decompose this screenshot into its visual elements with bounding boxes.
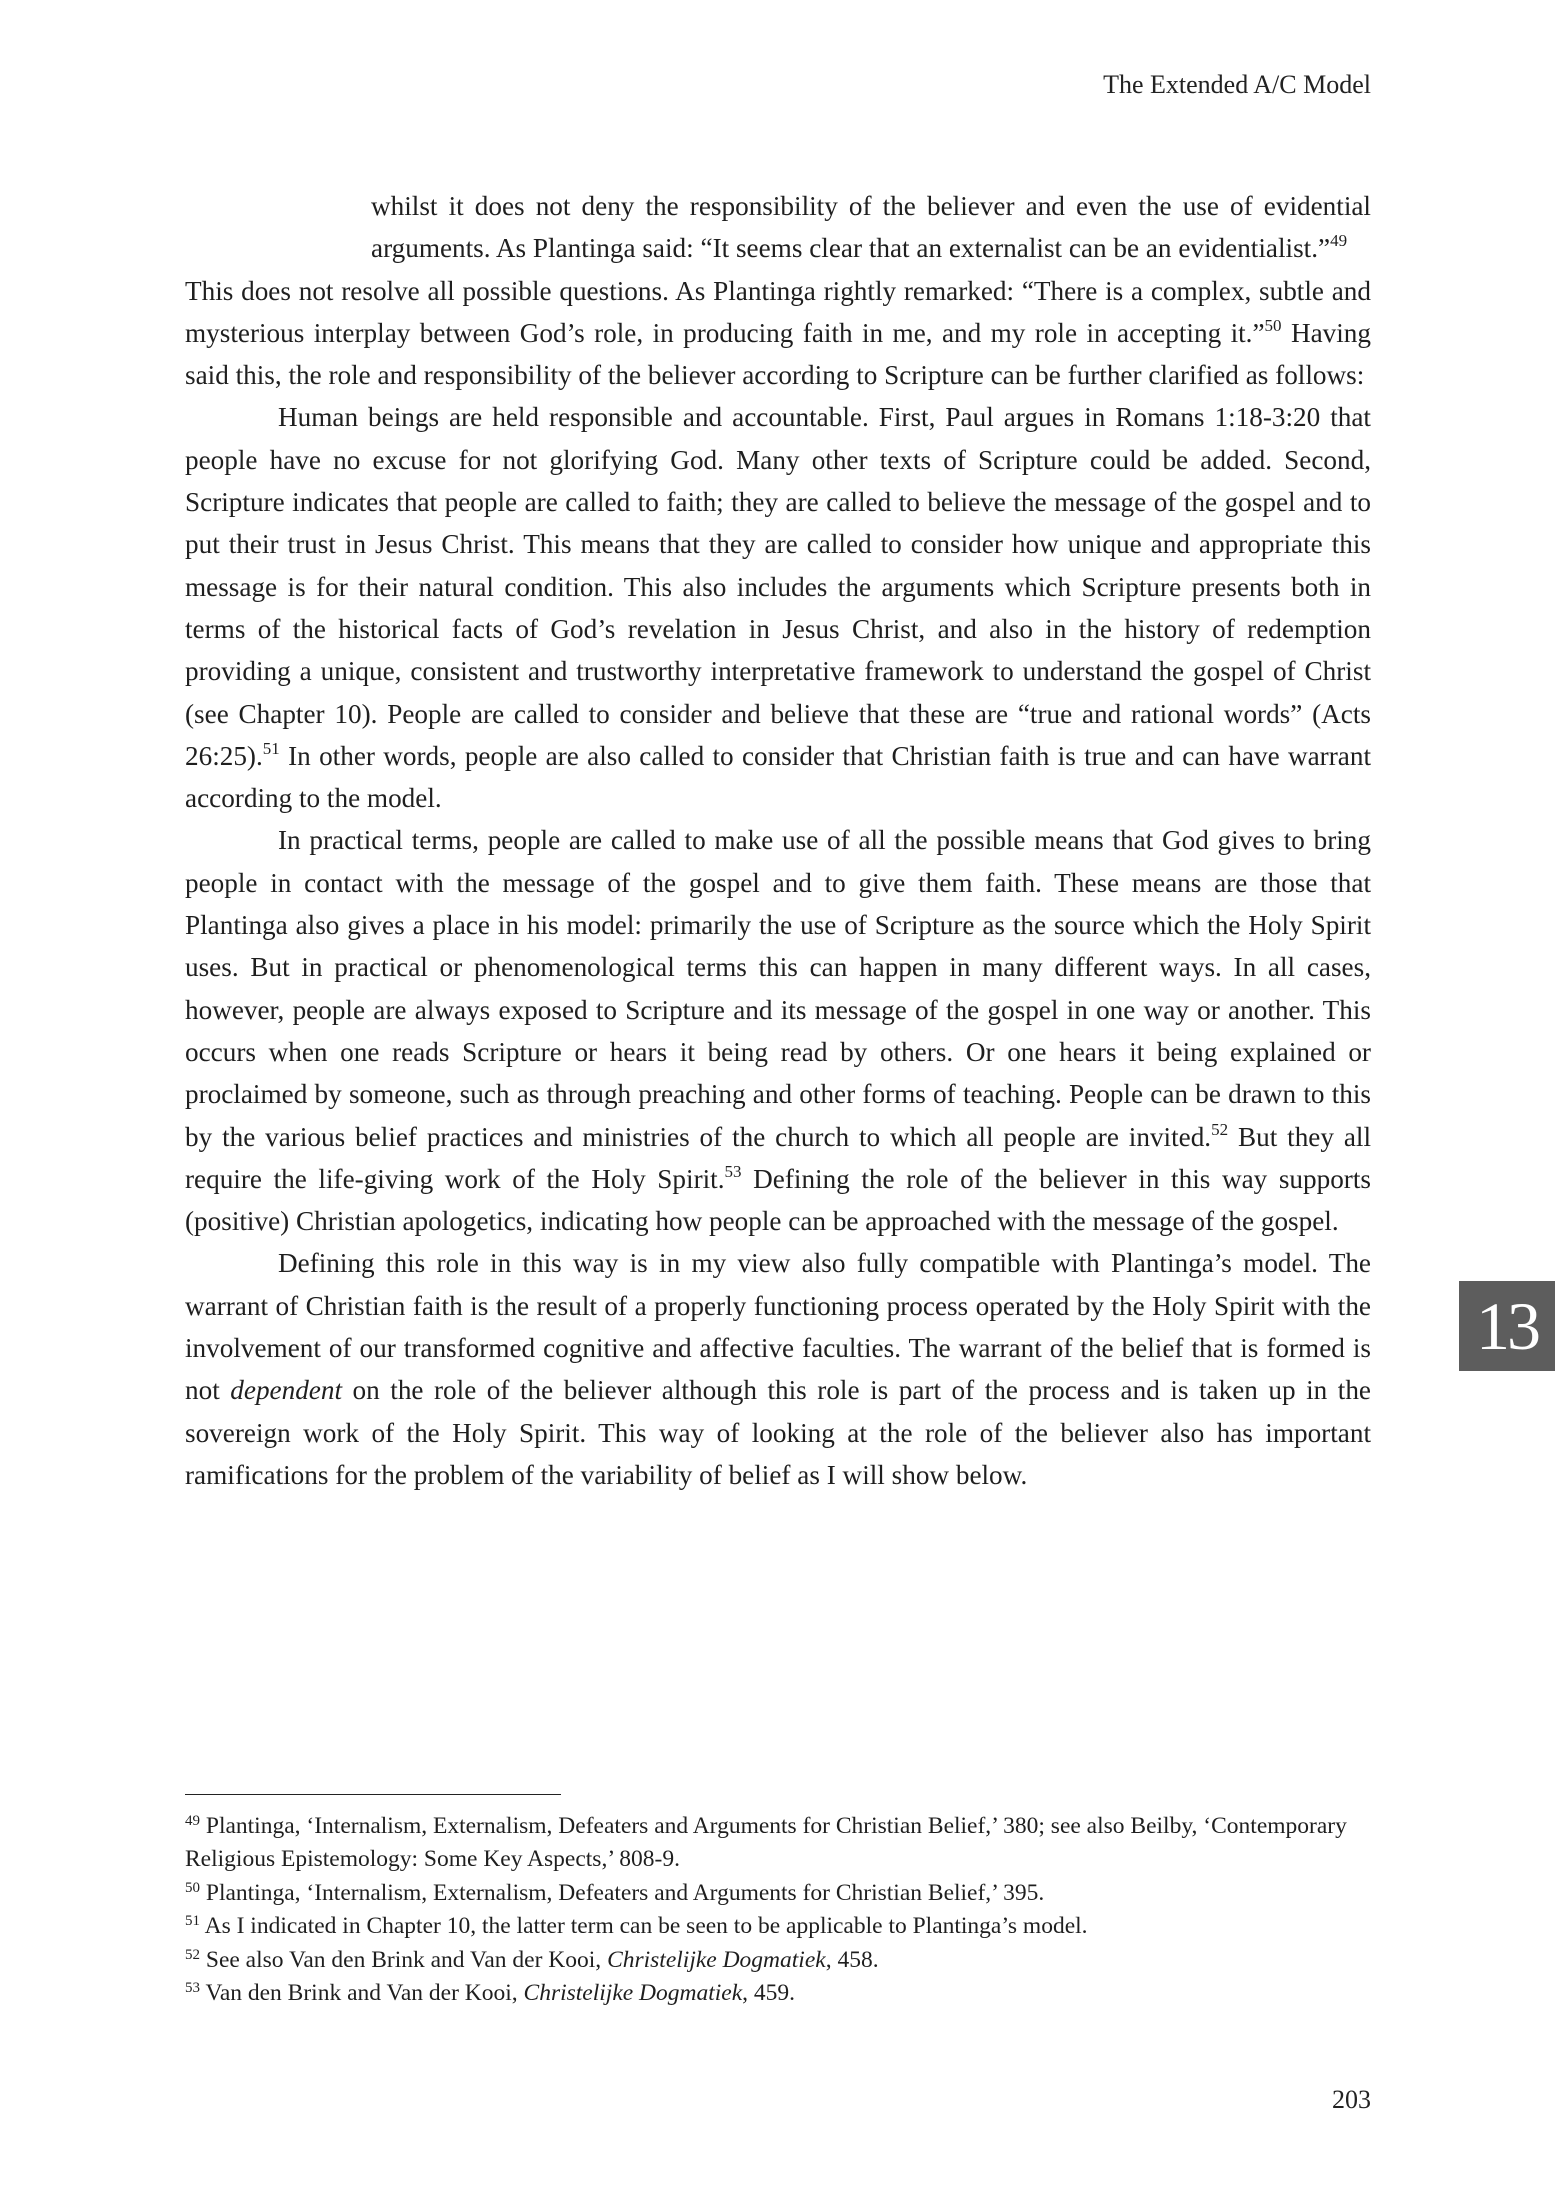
page-number: 203	[1332, 2085, 1371, 2115]
paragraph-4: Defining this role in this way is in my …	[185, 1242, 1371, 1496]
footnote-number: 52	[185, 1947, 200, 1963]
paragraph-3: In practical terms, people are called to…	[185, 819, 1371, 1242]
footnote-text: As I indicated in Chapter 10, the latter…	[205, 1913, 1088, 1939]
chapter-tab: 13	[1459, 1281, 1555, 1371]
quote-text: whilst it does not deny the responsibili…	[371, 191, 1371, 263]
paragraph-text: on the role of the believer although thi…	[185, 1375, 1371, 1490]
footnote-51: 51 As I indicated in Chapter 10, the lat…	[185, 1910, 1371, 1943]
footnote-page: , 459.	[742, 1980, 795, 2006]
main-text: whilst it does not deny the responsibili…	[185, 185, 1371, 1496]
footnote-number: 49	[185, 1813, 200, 1829]
footnote-53: 53 Van den Brink and Van der Kooi, Chris…	[185, 1977, 1371, 2010]
paragraph-2: Human beings are held responsible and ac…	[185, 396, 1371, 819]
footnote-52: 52 See also Van den Brink and Van der Ko…	[185, 1944, 1371, 1977]
paragraph-text: In practical terms, people are called to…	[185, 825, 1371, 1151]
footnote-text: Van den Brink and Van der Kooi,	[205, 1980, 523, 2006]
footnote-text: See also Van den Brink and Van der Kooi,	[206, 1947, 607, 1973]
footnote-text: Plantinga, ‘Internalism, Externalism, De…	[185, 1813, 1347, 1872]
footnote-ref-51[interactable]: 51	[263, 739, 280, 758]
paragraph-1: This does not resolve all possible quest…	[185, 270, 1371, 397]
footnote-number: 50	[185, 1880, 200, 1896]
footnotes: 49 Plantinga, ‘Internalism, Externalism,…	[185, 1810, 1371, 2010]
footnote-ref-50[interactable]: 50	[1265, 316, 1282, 335]
block-quote-continuation: whilst it does not deny the responsibili…	[371, 185, 1371, 270]
emphasis-text: dependent	[230, 1375, 342, 1405]
paragraph-text: Human beings are held responsible and ac…	[185, 402, 1371, 770]
book-title: Christelijke Dogmatiek	[524, 1980, 743, 2006]
footnote-number: 53	[185, 1980, 200, 1996]
paragraph-text: This does not resolve all possible quest…	[185, 276, 1371, 348]
footnote-number: 51	[185, 1913, 200, 1929]
footnote-page: , 458.	[826, 1947, 879, 1973]
footnote-50: 50 Plantinga, ‘Internalism, Externalism,…	[185, 1877, 1371, 1910]
book-title: Christelijke Dogmatiek	[607, 1947, 826, 1973]
running-header-title: The Extended A/C Model	[1103, 70, 1371, 100]
paragraph-text: In other words, people are also called t…	[185, 741, 1371, 813]
footnote-divider	[185, 1794, 561, 1795]
footnote-ref-53[interactable]: 53	[725, 1162, 742, 1181]
footnote-ref-52[interactable]: 52	[1211, 1120, 1228, 1139]
footnote-49: 49 Plantinga, ‘Internalism, Externalism,…	[185, 1810, 1371, 1877]
footnote-text: Plantinga, ‘Internalism, Externalism, De…	[206, 1880, 1044, 1906]
footnote-ref-49[interactable]: 49	[1330, 231, 1347, 250]
